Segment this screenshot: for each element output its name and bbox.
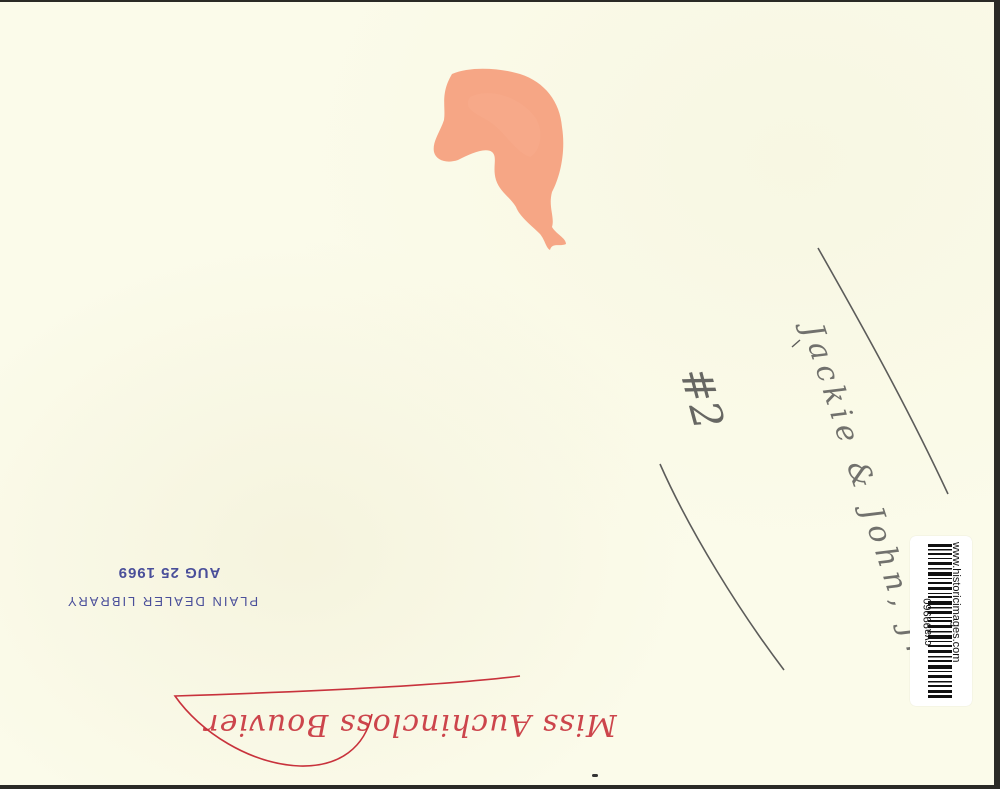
label-url: www.historicimages.com [946, 542, 962, 712]
red-handwritten-name: Miss Auchincloss Bouvier [200, 692, 620, 742]
red-ink-underline [0, 2, 994, 785]
photo-back-paper: Jackie & John, Jr. #2 AUG 25 1969 PLAIN … [0, 2, 994, 785]
label-code: cva99960 [922, 476, 938, 646]
dust-speck [592, 774, 598, 777]
archive-label-sticker: www.historicimages.com cva99960 [910, 536, 972, 706]
